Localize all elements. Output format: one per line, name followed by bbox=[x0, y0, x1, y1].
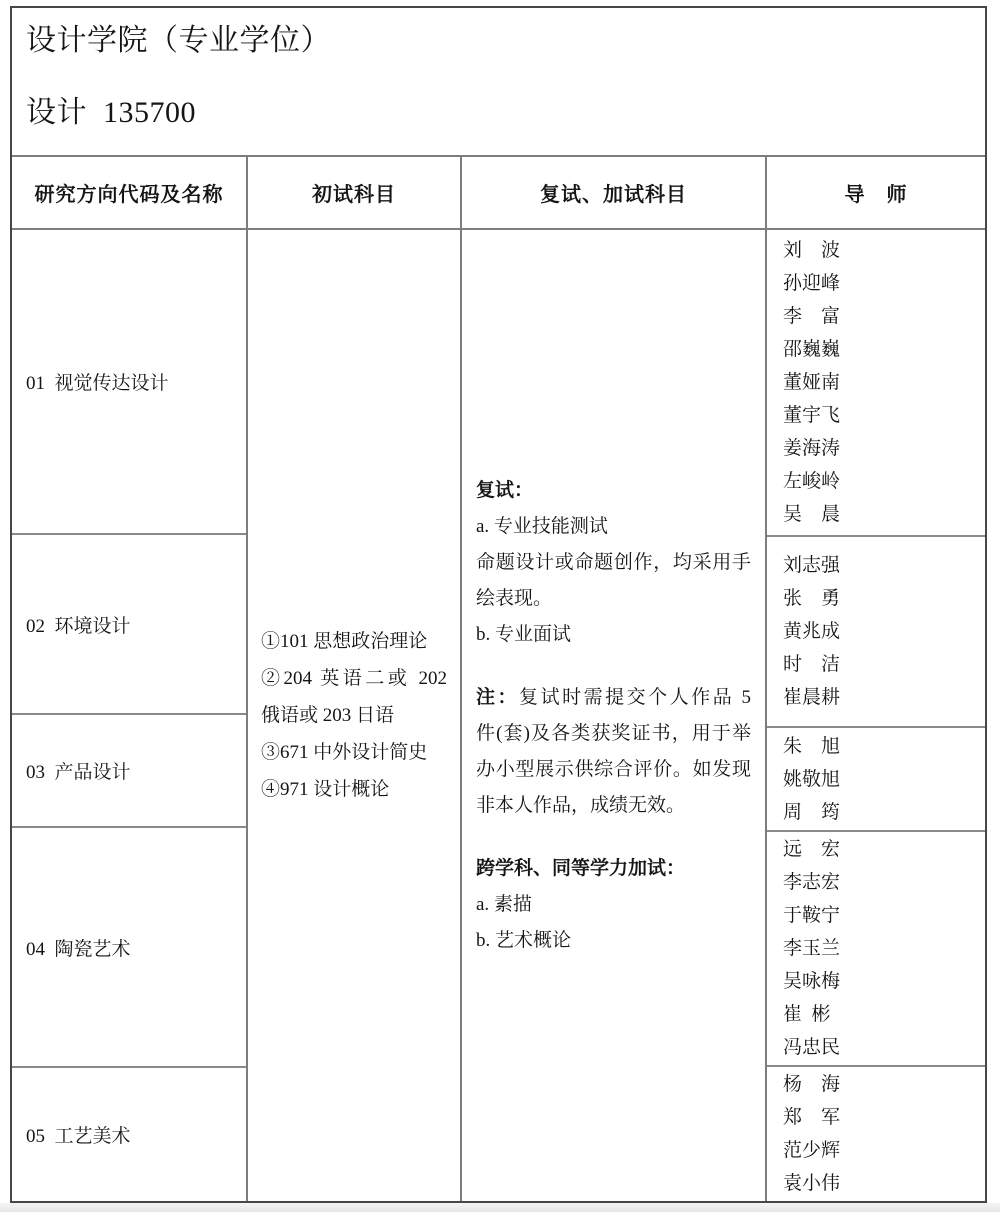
header-retest: 复试、加试科目 bbox=[462, 157, 767, 230]
mentor-name: 吴 晨 bbox=[783, 498, 985, 531]
mentor-name: 李志宏 bbox=[783, 866, 985, 899]
direction-label: 02 环境设计 bbox=[26, 611, 131, 638]
retest-line: a. 专业技能测试 bbox=[476, 509, 751, 545]
mentor-name: 时 洁 bbox=[783, 648, 985, 681]
direction-cell: 03 产品设计 bbox=[12, 715, 246, 828]
mentor-cell: 刘志强张 勇黄兆成时 洁崔晨耕 bbox=[767, 537, 985, 728]
mentor-name: 杨 海 bbox=[783, 1068, 985, 1101]
document-border: 设计学院（专业学位） 设计 135700 研究方向代码及名称 初试科目 复试、加… bbox=[10, 6, 987, 1203]
direction-cell: 02 环境设计 bbox=[12, 535, 246, 715]
mentor-name: 姚敬旭 bbox=[783, 763, 985, 796]
mentor-name: 吴咏梅 bbox=[783, 965, 985, 998]
retest-line: 件(套)及各类获奖证书，用于举 bbox=[476, 716, 751, 752]
mentor-name: 孙迎峰 bbox=[783, 267, 985, 300]
mentor-name: 袁小伟 bbox=[783, 1167, 985, 1200]
mentor-cell: 杨 海郑 军范少辉袁小伟 bbox=[767, 1067, 985, 1201]
retest-column: 复试：a. 专业技能测试命题设计或命题创作，均采用手绘表现。b. 专业面试注：复… bbox=[462, 230, 767, 1201]
direction-label: 01 视觉传达设计 bbox=[26, 368, 169, 395]
college-title: 设计学院（专业学位） bbox=[26, 24, 331, 58]
mentor-cell: 刘 波孙迎峰李 富邵巍巍董娅南董宇飞姜海涛左峻岭吴 晨 bbox=[767, 230, 985, 537]
exam-line: ②204 英语二或 202 bbox=[261, 660, 447, 697]
mentor-name: 远 宏 bbox=[783, 833, 985, 866]
mentor-name: 黄兆成 bbox=[783, 615, 985, 648]
mentor-name: 郑 军 bbox=[783, 1101, 985, 1134]
direction-label: 04 陶瓷艺术 bbox=[26, 934, 131, 961]
retest-line: 办小型展示供综合评价。如发现 bbox=[476, 752, 751, 788]
mentor-name: 朱 旭 bbox=[783, 730, 985, 763]
exam-line: ④971 设计概论 bbox=[261, 771, 447, 808]
retest-line: b. 艺术概论 bbox=[476, 923, 751, 959]
mentor-name: 邵巍巍 bbox=[783, 333, 985, 366]
mentor-name: 范少辉 bbox=[783, 1134, 985, 1167]
mentor-name: 董宇飞 bbox=[783, 399, 985, 432]
mentor-name: 董娅南 bbox=[783, 366, 985, 399]
exam-line: ③671 中外设计简史 bbox=[261, 734, 447, 771]
retest-heading: 跨学科、同等学力加试： bbox=[476, 851, 751, 887]
mentor-name: 李 富 bbox=[783, 300, 985, 333]
page: 设计学院（专业学位） 设计 135700 研究方向代码及名称 初试科目 复试、加… bbox=[0, 0, 1000, 1212]
mentor-cell: 朱 旭姚敬旭周 筠 bbox=[767, 728, 985, 832]
mentor-name: 周 筠 bbox=[783, 796, 985, 829]
direction-cell: 05 工艺美术 bbox=[12, 1068, 246, 1201]
mentor-name: 张 勇 bbox=[783, 582, 985, 615]
mentor-cell: 远 宏李志宏于鞍宁李玉兰吴咏梅崔 彬冯忠民 bbox=[767, 832, 985, 1067]
mentor-column: 刘 波孙迎峰李 富邵巍巍董娅南董宇飞姜海涛左峻岭吴 晨刘志强张 勇黄兆成时 洁崔… bbox=[767, 230, 985, 1201]
header-mentor: 导 师 bbox=[767, 157, 985, 230]
direction-cell: 04 陶瓷艺术 bbox=[12, 828, 246, 1068]
exam-line: ①101 思想政治理论 bbox=[261, 623, 447, 660]
header-initial-exam: 初试科目 bbox=[248, 157, 462, 230]
mentor-name: 刘 波 bbox=[783, 234, 985, 267]
mentor-name: 冯忠民 bbox=[783, 1031, 985, 1064]
mentor-name: 崔晨耕 bbox=[783, 681, 985, 714]
header-direction: 研究方向代码及名称 bbox=[12, 157, 248, 230]
direction-column: 01 视觉传达设计02 环境设计03 产品设计04 陶瓷艺术05 工艺美术 bbox=[12, 230, 248, 1201]
exam-line: 俄语或 203 日语 bbox=[261, 697, 447, 734]
retest-line: 命题设计或命题创作，均采用手 bbox=[476, 545, 751, 581]
direction-cell: 01 视觉传达设计 bbox=[12, 230, 246, 535]
retest-line: a. 素描 bbox=[476, 887, 751, 923]
retest-line: 非本人作品，成绩无效。 bbox=[476, 788, 751, 824]
admissions-table: 研究方向代码及名称 初试科目 复试、加试科目 导 师 01 视觉传达设计02 环… bbox=[12, 155, 985, 1201]
retest-line: 绘表现。 bbox=[476, 581, 751, 617]
retest-heading: 复试： bbox=[476, 473, 751, 509]
program-title: 设计 135700 bbox=[26, 96, 196, 130]
initial-exam-column: ①101 思想政治理论②204 英语二或 202俄语或 203 日语③671 中… bbox=[248, 230, 462, 1201]
mentor-name: 李玉兰 bbox=[783, 932, 985, 965]
mentor-name: 左峻岭 bbox=[783, 465, 985, 498]
mentor-name: 姜海涛 bbox=[783, 432, 985, 465]
direction-label: 05 工艺美术 bbox=[26, 1121, 131, 1148]
mentor-name: 刘志强 bbox=[783, 549, 985, 582]
retest-line: 注：复试时需提交个人作品 5 bbox=[476, 680, 751, 716]
direction-label: 03 产品设计 bbox=[26, 757, 131, 784]
note-label: 注： bbox=[476, 687, 519, 708]
mentor-name: 崔 彬 bbox=[783, 998, 985, 1031]
retest-line: b. 专业面试 bbox=[476, 617, 751, 653]
mentor-name: 于鞍宁 bbox=[783, 899, 985, 932]
